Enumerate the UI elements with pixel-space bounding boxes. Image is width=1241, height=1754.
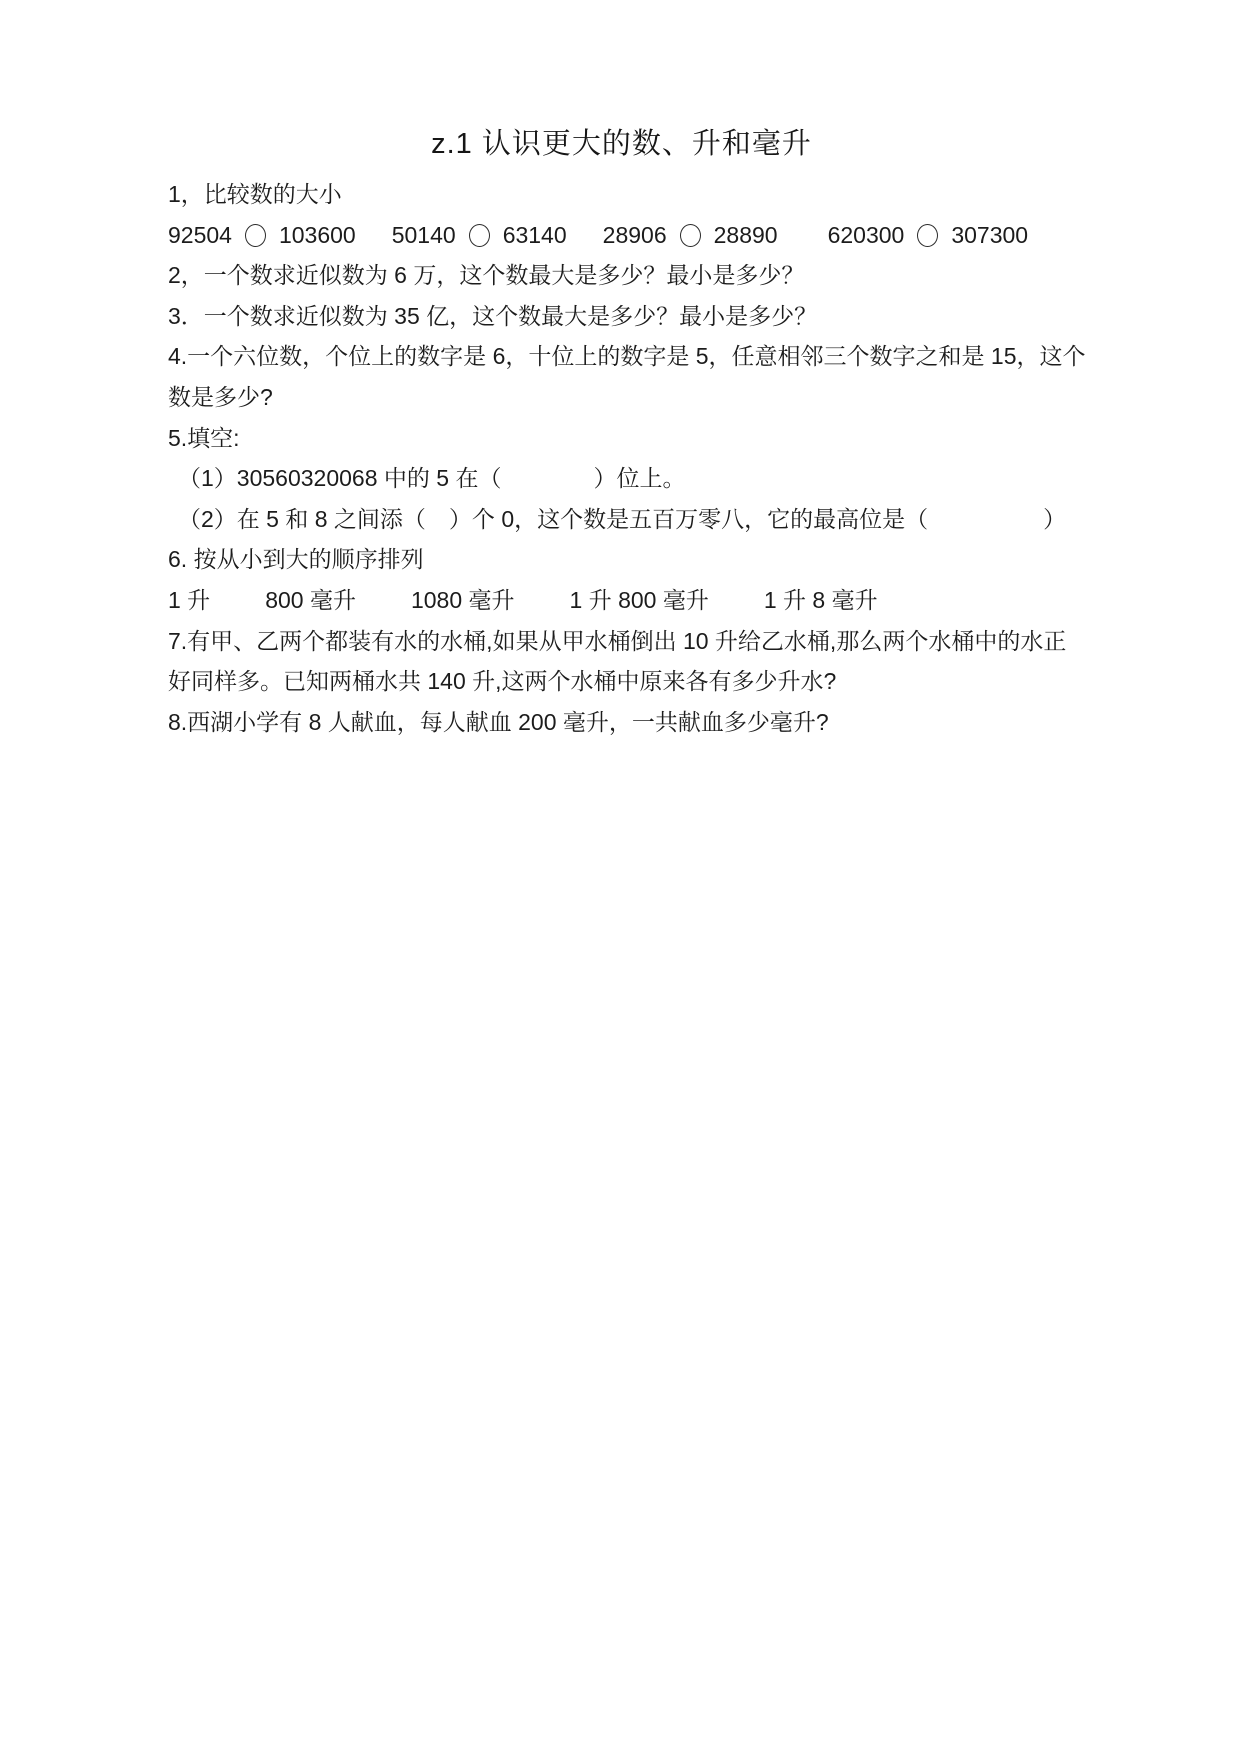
problem-5-heading: 5.填空: [168, 418, 1075, 459]
comparison-blank-circle-icon [917, 224, 938, 247]
comparison-right-number: 307300 [951, 215, 1028, 256]
problem-7-text-line2: 好同样多。已知两桶水共 140 升,这两个水桶中原来各有多少升水? [168, 661, 1075, 702]
comparison-pair-1: 92504 103600 [168, 215, 356, 256]
comparison-blank-circle-icon [469, 224, 490, 247]
comparison-pair-4: 620300 307300 [828, 215, 1029, 256]
problem-8-text: 8.西湖小学有 8 人献血，每人献血 200 毫升，一共献血多少毫升? [168, 702, 1075, 743]
volume-option-2: 800 毫升 [265, 580, 356, 621]
volume-option-4: 1 升 800 毫升 [570, 580, 709, 621]
problem-5-item-1: （1）30560320068 中的 5 在（ ）位上。 [168, 458, 1075, 499]
problem-2-text: 2，一个数求近似数为 6 万，这个数最大是多少？最小是多少？ [168, 255, 1075, 296]
problem-6-options-row: 1 升 800 毫升 1080 毫升 1 升 800 毫升 1 升 8 毫升 [168, 580, 1075, 621]
worksheet-page: z.1 认识更大的数、升和毫升 1，比较数的大小 92504 103600 50… [0, 0, 1241, 1754]
comparison-left-number: 620300 [828, 215, 905, 256]
volume-option-3: 1080 毫升 [411, 580, 515, 621]
problem-3-text: 3．一个数求近似数为 35 亿，这个数最大是多少？最小是多少？ [168, 296, 1075, 337]
problem-7-text-line1: 7.有甲、乙两个都装有水的水桶,如果从甲水桶倒出 10 升给乙水桶,那么两个水桶… [168, 621, 1075, 662]
comparison-right-number: 63140 [503, 215, 567, 256]
comparison-left-number: 28906 [603, 215, 667, 256]
problem-6-heading: 6. 按从小到大的顺序排列 [168, 539, 1075, 580]
problem-1-comparison-row: 92504 103600 50140 63140 28906 28890 620… [168, 215, 1075, 256]
comparison-right-number: 103600 [279, 215, 356, 256]
comparison-pair-2: 50140 63140 [392, 215, 567, 256]
comparison-left-number: 92504 [168, 215, 232, 256]
comparison-blank-circle-icon [245, 224, 266, 247]
volume-option-1: 1 升 [168, 580, 210, 621]
volume-option-5: 1 升 8 毫升 [764, 580, 878, 621]
page-title: z.1 认识更大的数、升和毫升 [168, 122, 1075, 166]
problem-4-text-line1: 4.一个六位数，个位上的数字是 6，十位上的数字是 5，任意相邻三个数字之和是 … [168, 336, 1075, 377]
comparison-blank-circle-icon [680, 224, 701, 247]
comparison-right-number: 28890 [714, 215, 778, 256]
comparison-pair-3: 28906 28890 [603, 215, 778, 256]
problem-1-heading: 1，比较数的大小 [168, 174, 1075, 215]
problem-5-item-2: （2）在 5 和 8 之间添（ ）个 0，这个数是五百万零八，它的最高位是（ ） [168, 499, 1075, 540]
problem-4-text-line2: 数是多少? [168, 377, 1075, 418]
comparison-left-number: 50140 [392, 215, 456, 256]
